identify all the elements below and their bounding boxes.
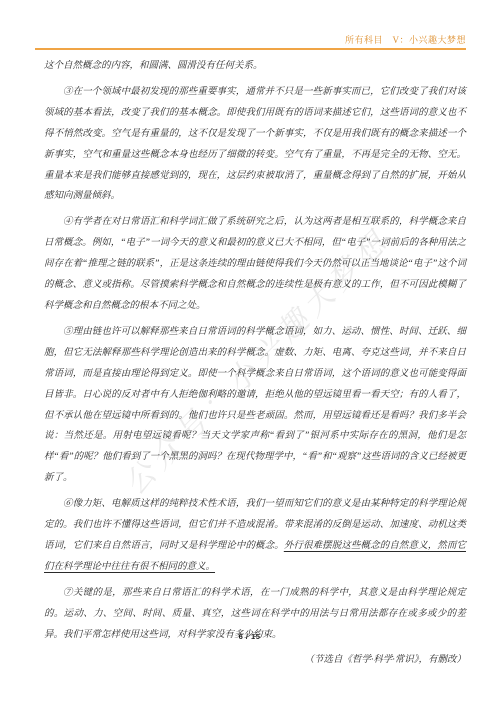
paragraph: ⑥像力矩、电解质这样的纯粹技术性术语，我们一望而知它们的意义是由某种特定的科学理… <box>44 494 466 578</box>
paragraph-text: 这个自然概念的内容，和圆满、圆滑没有任何关系。 <box>44 61 263 71</box>
paragraph: ③在一个领域中最初发现的那些重要事实，通常并不只是一些新事实而已，它们改变了我们… <box>44 82 466 207</box>
header-rule <box>35 48 466 50</box>
paragraph: 这个自然概念的内容，和圆满、圆滑没有任何关系。 <box>44 56 466 77</box>
attribution-line: （节选自《哲学·科学·常识》，有删改） <box>44 650 466 671</box>
paragraph: ④有学者在对日常语汇和科学词汇做了系统研究之后，认为这两者是相互联系的，科学概念… <box>44 212 466 317</box>
paragraph-text: ⑤理由链也许可以解释那些来自日常语词的科学概念语词，如力、运动、惯性、时间、迁跃… <box>44 327 466 483</box>
header-brand: 所有科目 V：小兴趣大梦想 <box>345 35 466 46</box>
document-page: 所有科目 V：小兴趣大梦想 公众号：小兴趣大梦想 这个自然概念的内容，和圆满、圆… <box>0 0 499 706</box>
paragraph-text: ④有学者在对日常语汇和科学词汇做了系统研究之后，认为这两者是相互联系的，科学概念… <box>44 217 466 311</box>
paragraph: ⑤理由链也许可以解释那些来自日常语词的科学概念语词，如力、运动、惯性、时间、迁跃… <box>44 322 466 489</box>
paragraph-text: ③在一个领域中最初发现的那些重要事实，通常并不只是一些新事实而已，它们改变了我们… <box>44 87 466 202</box>
document-body: 这个自然概念的内容，和圆满、圆滑没有任何关系。③在一个领域中最初发现的那些重要事… <box>44 56 466 671</box>
page-number: 6 / 15 <box>239 632 261 641</box>
page-footer: 6 / 15 <box>0 626 499 644</box>
